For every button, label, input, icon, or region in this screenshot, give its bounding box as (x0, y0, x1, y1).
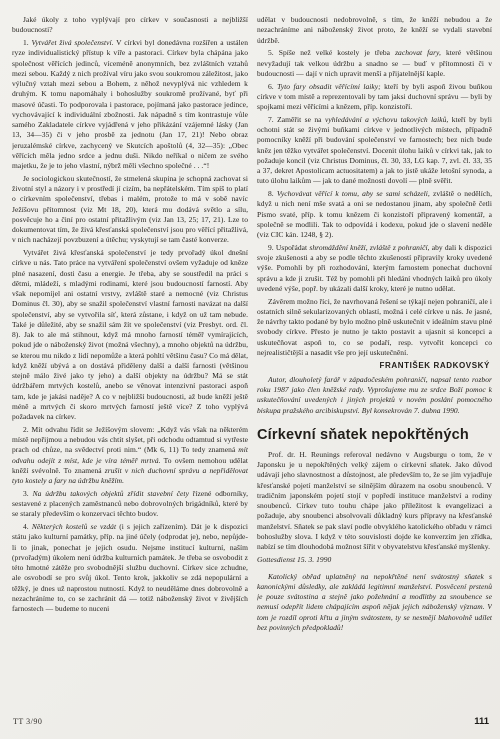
task-6-paragraph: 6. Tyto fary obsadit věřícími laiky; kte… (257, 82, 492, 113)
text-run: 3. (23, 489, 33, 498)
source-citation: Gottesdienst 15. 3. 1990 (257, 555, 492, 565)
task-2-paragraph: 2. Mít odvahu řídit se Ježíšovým slovem:… (12, 425, 248, 487)
text-run: V církvi byl donedávna rozšířen a ustále… (12, 38, 248, 170)
task-1-paragraph: 1. Vytvářet živá společenství. V církvi … (12, 38, 248, 171)
text-run: Je sociologickou skutečností, že stmelen… (12, 174, 248, 245)
author-note: Autor, dlouholetý farář v západočeském p… (257, 375, 492, 416)
left-text-column: Jaké úkoly z toho vyplývají pro církev v… (12, 15, 248, 707)
author-signature: FRANTIŠEK RADKOVSKÝ (257, 361, 490, 371)
task-7-paragraph: 7. Zaměřit se na vyhledávání a výchovu t… (257, 115, 492, 187)
emphasized-text: vyhledávání a výchovu takových laiků, (325, 115, 448, 124)
text-run: Vytvářet živá křesťanská společenství je… (12, 248, 248, 421)
intro-paragraph: Jaké úkoly z toho vyplývají pro církev v… (12, 15, 248, 36)
text-run: Katolický obřad uplatněný na nepokřtěné … (257, 572, 492, 632)
emphasized-text: shromáždění kněží, zvláště z pohraničí, (309, 243, 429, 252)
marriage-article-paragraph: Prof. dr. H. Reunings referoval nedávno … (257, 450, 492, 553)
priest-task-paragraph: Vytvářet živá křesťanská společenství je… (12, 248, 248, 422)
emphasized-text: zachovat fary, (395, 48, 441, 57)
text-run: 8. (268, 189, 277, 198)
emphasized-text: Některých kostelů se vzdát (32, 522, 116, 531)
text-run: kteří by byli ochotni stát se živými buň… (257, 115, 492, 186)
article-title: Církevní sňatek nepokřtěných (257, 427, 492, 443)
continuation-paragraph: udělat v budoucnosti nedobrovolně, s tím… (257, 15, 492, 46)
right-text-column: udělat v budoucnosti nedobrovolně, s tím… (257, 15, 492, 707)
conclusion-paragraph: Závěrem možno říci, že navrhovaná řešení… (257, 297, 492, 359)
emphasized-text: Na údržbu takových objektů zřídit staveb… (33, 489, 189, 498)
task-9-paragraph: 9. Uspořádat shromáždění kněží, zvláště … (257, 243, 492, 294)
text-run: Jaké úkoly z toho vyplývají pro církev v… (12, 15, 248, 34)
task-5-paragraph: 5. Spíše než velké kostely je třeba zach… (257, 48, 492, 79)
text-run: 2. Mít odvahu řídit se Ježíšovým slovem:… (12, 425, 248, 455)
text-run: Závěrem možno říci, že navrhovaná řešení… (257, 297, 492, 357)
text-run: 6. (268, 82, 277, 91)
text-run: (i s jejich zařízením). Dát je k dispozi… (12, 522, 248, 613)
page-number: 111 (474, 716, 489, 727)
page-footer: TT 3/90 111 (0, 707, 500, 739)
text-run: udělat v budoucnosti nedobrovolně, s tím… (257, 15, 492, 45)
text-run: Prof. dr. H. Reunings referoval nedávno … (257, 450, 492, 551)
task-3-paragraph: 3. Na údržbu takových objektů zřídit sta… (12, 489, 248, 520)
text-run: 9. Uspořádat (268, 243, 309, 252)
text-run: 4. (23, 522, 32, 531)
task-8-paragraph: 8. Vychovávat věřící k tomu, aby se sami… (257, 189, 492, 240)
text-run: Autor, dlouholetý farář v západočeském p… (257, 375, 492, 415)
journal-issue-label: TT 3/90 (13, 717, 42, 726)
emphasized-text: Vytvářet živá společenství. (31, 38, 113, 47)
magazine-page: Jaké úkoly z toho vyplývají pro církev v… (0, 0, 500, 739)
sociology-paragraph: Je sociologickou skutečností, že stmelen… (12, 174, 248, 246)
emphasized-text: Vychovávat věřící k tomu, aby se sami sc… (277, 189, 430, 198)
task-4-paragraph: 4. Některých kostelů se vzdát (i s jejic… (12, 522, 248, 614)
editorial-note: Katolický obřad uplatněný na nepokřtěné … (257, 572, 492, 634)
text-run: 5. Spíše než velké kostely je třeba (268, 48, 395, 57)
emphasized-text: Tyto fary obsadit věřícími laiky; (277, 82, 381, 91)
text-run: 7. Zaměřit se na (268, 115, 325, 124)
